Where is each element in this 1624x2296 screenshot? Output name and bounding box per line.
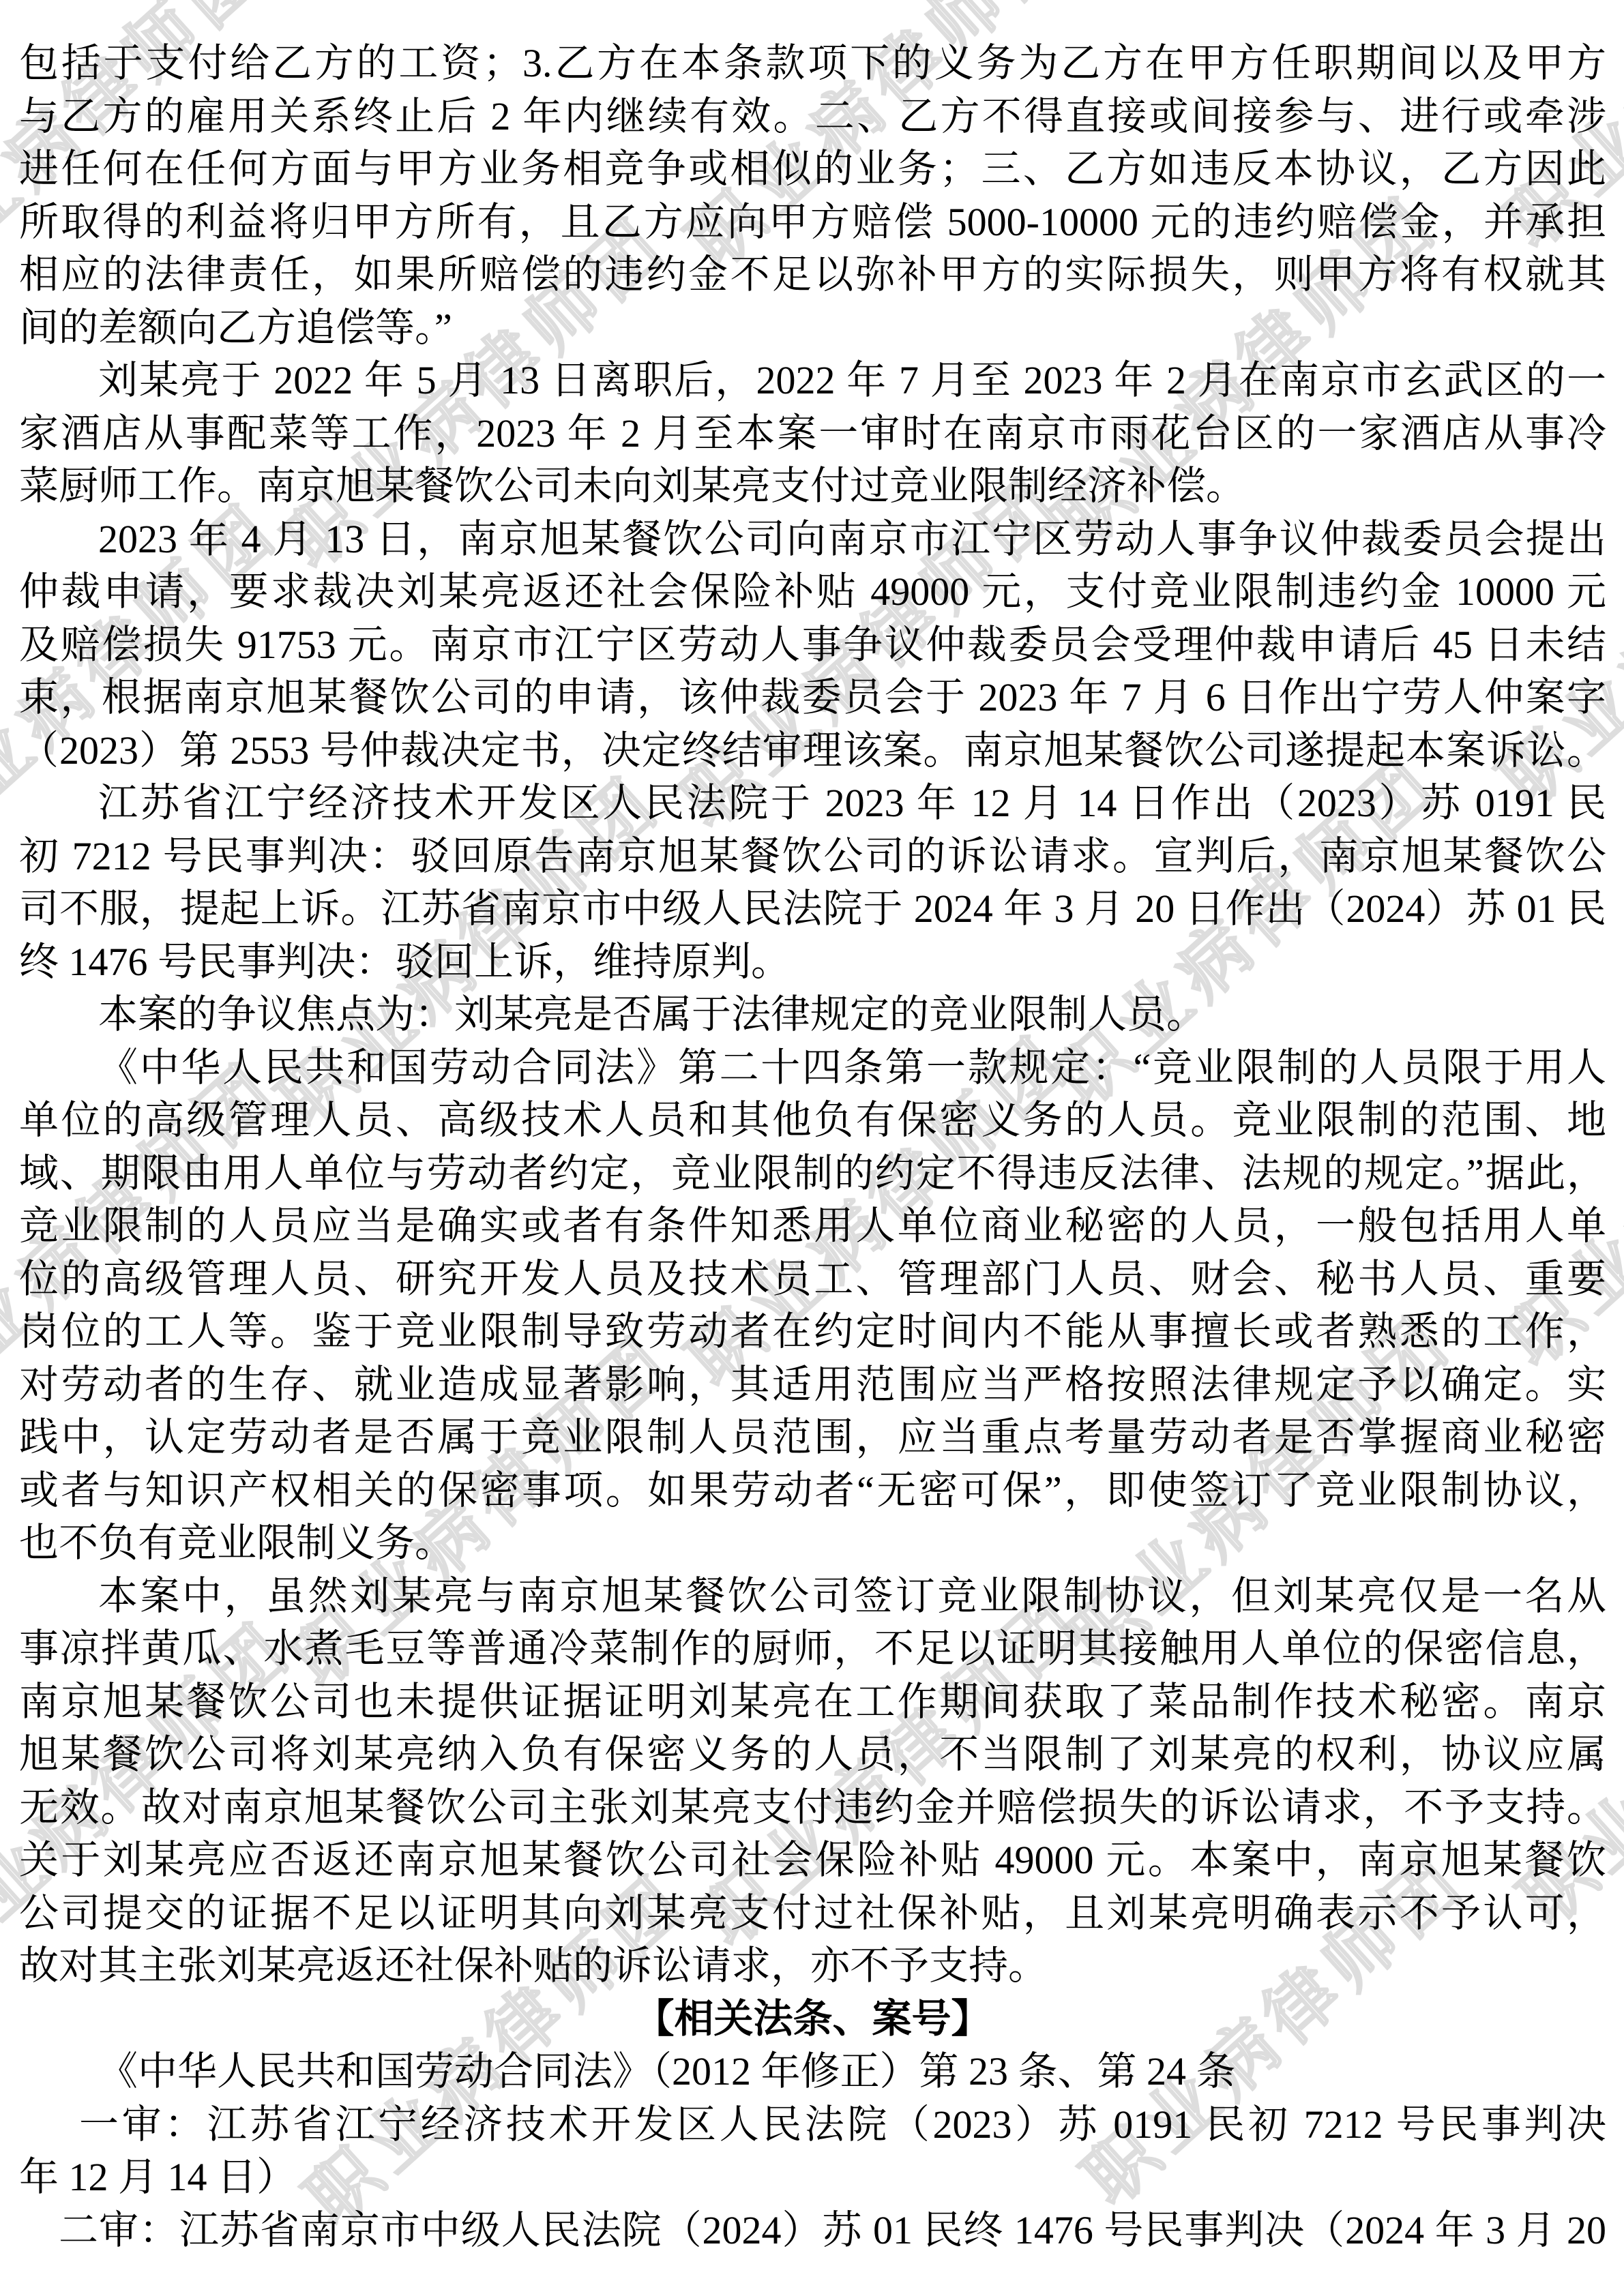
- text-line: 关于刘某亮应否返还南京旭某餐饮公司社会保险补贴 49000 元。本案中，南京旭某…: [19, 1834, 1606, 1887]
- text-line: （2023）第 2553 号仲裁决定书，决定终结审理该案。南京旭某餐饮公司遂提起…: [19, 724, 1606, 777]
- text-line: 域、期限由用人单位与劳动者约定，竞业限制的约定不得违反法律、法规的规定。”据此，: [19, 1147, 1606, 1200]
- text-line: 事凉拌黄瓜、水煮毛豆等普通冷菜制作的厨师，不足以证明其接触用人单位的保密信息，: [19, 1622, 1606, 1675]
- text-line: 公司提交的证据不足以证明其向刘某亮支付过社保补贴，且刘某亮明确表示不予认可，: [19, 1887, 1606, 1940]
- text-line: 二审：江苏省南京市中级人民法院（2024）苏 01 民终 1476 号民事判决（…: [19, 2204, 1606, 2257]
- text-line: 单位的高级管理人员、高级技术人员和其他负有保密义务的人员。竞业限制的范围、地: [19, 1094, 1606, 1147]
- text-line: 间的差额向乙方追偿等。”: [19, 301, 1606, 355]
- text-line: 终 1476 号民事判决：驳回上诉，维持原判。: [19, 936, 1606, 989]
- document-body: 包括于支付给乙方的工资；3.乙方在本条款项下的义务为乙方在甲方任职期间以及甲方与…: [19, 37, 1606, 2256]
- text-line: 践中，认定劳动者是否属于竞业限制人员范围，应当重点考量劳动者是否掌握商业秘密: [19, 1411, 1606, 1464]
- text-line: 所取得的利益将归甲方所有，且乙方应向甲方赔偿 5000-10000 元的违约赔偿…: [19, 196, 1606, 249]
- text-line: 《中华人民共和国劳动合同法》第二十四条第一款规定：“竞业限制的人员限于用人: [19, 1041, 1606, 1094]
- text-line: 2023 年 4 月 13 日，南京旭某餐饮公司向南京市江宁区劳动人事争议仲裁委…: [19, 513, 1606, 566]
- text-line: 《中华人民共和国劳动合同法》（2012 年修正）第 23 条、第 24 条: [19, 2045, 1606, 2098]
- text-line: 家酒店从事配菜等工作，2023 年 2 月至本案一审时在南京市雨花台区的一家酒店…: [19, 407, 1606, 460]
- text-line: 岗位的工人等。鉴于竞业限制导致劳动者在约定时间内不能从事擅长或者熟悉的工作，: [19, 1305, 1606, 1358]
- text-line: 进任何在任何方面与甲方业务相竞争或相似的业务；三、乙方如违反本协议，乙方因此: [19, 143, 1606, 196]
- text-line: 束，根据南京旭某餐饮公司的申请，该仲裁委员会于 2023 年 7 月 6 日作出…: [19, 671, 1606, 724]
- text-line: 本案的争议焦点为：刘某亮是否属于法律规定的竞业限制人员。: [19, 988, 1606, 1041]
- section-heading: 【相关法条、案号】: [19, 1993, 1606, 2046]
- text-line: 初 7212 号民事判决：驳回原告南京旭某餐饮公司的诉讼请求。宣判后，南京旭某餐…: [19, 830, 1606, 883]
- text-line: 及赔偿损失 91753 元。南京市江宁区劳动人事争议仲裁委员会受理仲裁申请后 4…: [19, 618, 1606, 672]
- text-line: 一审：江苏省江宁经济技术开发区人民法院（2023）苏 0191 民初 7212 …: [19, 2098, 1606, 2151]
- text-line: 位的高级管理人员、研究开发人员及技术员工、管理部门人员、财会、秘书人员、重要: [19, 1253, 1606, 1306]
- text-line: 年 12 月 14 日）: [19, 2151, 1606, 2204]
- text-line: 刘某亮于 2022 年 5 月 13 日离职后，2022 年 7 月至 2023…: [19, 354, 1606, 407]
- text-line: 菜厨师工作。南京旭某餐饮公司未向刘某亮支付过竞业限制经济补偿。: [19, 460, 1606, 513]
- text-line: 或者与知识产权相关的保密事项。如果劳动者“无密可保”，即使签订了竞业限制协议，: [19, 1464, 1606, 1517]
- watermark-text: 职业病律师团: [171, 0, 598, 14]
- text-line: 对劳动者的生存、就业造成显著影响，其适用范围应当严格按照法律规定予以确定。实: [19, 1358, 1606, 1412]
- text-line: 司不服，提起上诉。江苏省南京市中级人民法院于 2024 年 3 月 20 日作出…: [19, 882, 1606, 936]
- text-line: 仲裁申请，要求裁决刘某亮返还社会保险补贴 49000 元，支付竞业限制违约金 1…: [19, 565, 1606, 618]
- text-line: 故对其主张刘某亮返还社保补贴的诉讼请求，亦不予支持。: [19, 1939, 1606, 1993]
- text-line: 无效。故对南京旭某餐饮公司主张刘某亮支付违约金并赔偿损失的诉讼请求，不予支持。: [19, 1781, 1606, 1834]
- text-line: 江苏省江宁经济技术开发区人民法院于 2023 年 12 月 14 日作出（202…: [19, 777, 1606, 830]
- text-line: 南京旭某餐饮公司也未提供证据证明刘某亮在工作期间获取了菜品制作技术秘密。南京: [19, 1675, 1606, 1729]
- text-line: 旭某餐饮公司将刘某亮纳入负有保密义务的人员，不当限制了刘某亮的权利，协议应属: [19, 1728, 1606, 1781]
- text-line: 相应的法律责任，如果所赔偿的违约金不足以弥补甲方的实际损失，则甲方将有权就其: [19, 248, 1606, 301]
- document-page: 职业病律师团职业病律师团职业病律师团职业病律师团职业病律师团职业病律师团职业病律…: [0, 0, 1624, 2296]
- text-line: 与乙方的雇用关系终止后 2 年内继续有效。二、乙方不得直接或间接参与、进行或牵涉: [19, 90, 1606, 143]
- text-line: 也不负有竞业限制义务。: [19, 1517, 1606, 1570]
- text-line: 竞业限制的人员应当是确实或者有条件知悉用人单位商业秘密的人员，一般包括用人单: [19, 1199, 1606, 1253]
- text-line: 本案中，虽然刘某亮与南京旭某餐饮公司签订竞业限制协议，但刘某亮仅是一名从: [19, 1570, 1606, 1623]
- text-line: 包括于支付给乙方的工资；3.乙方在本条款项下的义务为乙方在甲方任职期间以及甲方: [19, 37, 1606, 90]
